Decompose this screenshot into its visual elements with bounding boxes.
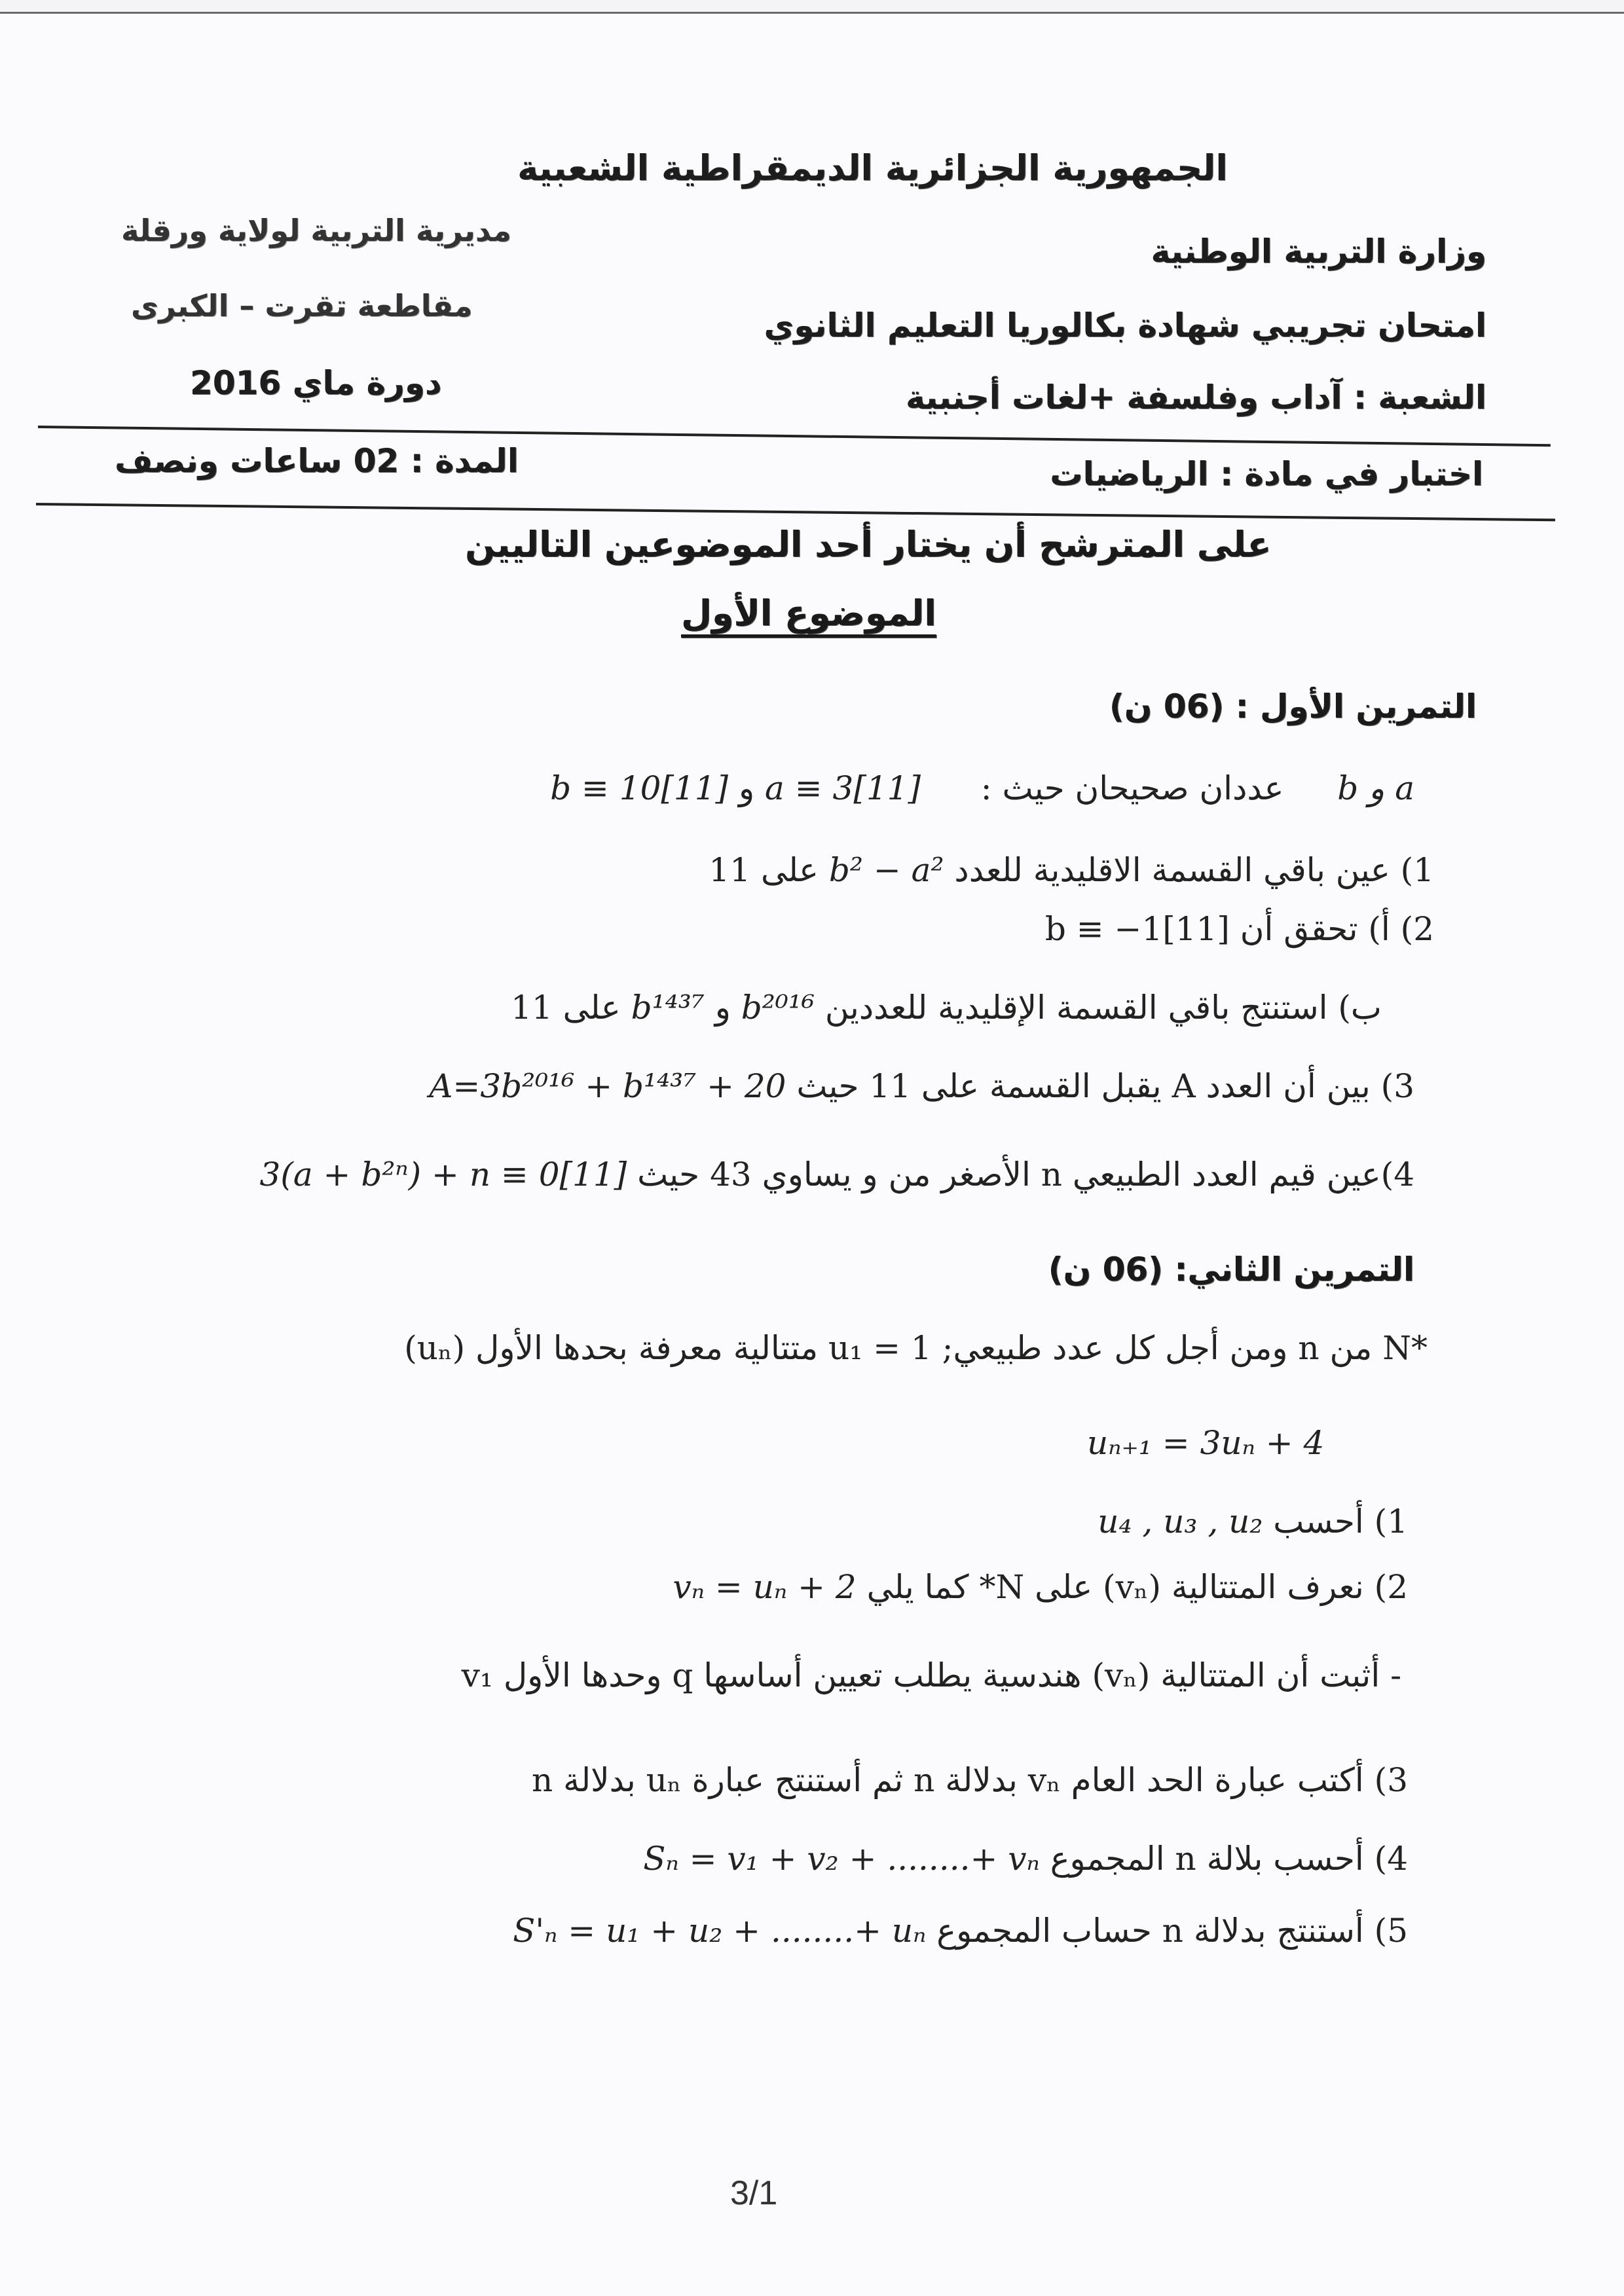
ministry-label: وزارة التربية الوطنية	[1151, 232, 1486, 270]
q4-text: 4)عين قيم العدد الطبيعي n الأصغر من و يس…	[637, 1156, 1414, 1194]
exercise2-q5: 5) أستنتج بدلالة n حساب المجموع S'ₙ = u₁…	[513, 1912, 1408, 1950]
exercise2-q4: 4) أحسب بلالة n المجموع Sₙ = v₁ + v₂ + .…	[643, 1840, 1408, 1878]
intro-text: عددان صحيحان حيث :	[981, 769, 1284, 807]
q2-math: vₙ = uₙ + 2	[673, 1568, 857, 1606]
congruence-a: a ≡ 3[11]	[765, 769, 921, 807]
exercise2-recurrence: uₙ₊₁ = 3uₙ + 4	[1087, 1424, 1324, 1462]
exercise2-q3: 3) أكتب عبارة الحد العام vₙ بدلالة n ثم …	[532, 1761, 1408, 1799]
q1-math: u₄ , u₃ , u₂	[1098, 1503, 1263, 1540]
header-divider-bottom	[36, 503, 1555, 521]
and-word: و	[739, 769, 754, 807]
exercise1-q2b: ب) استنتج باقي القسمة الإقليدية للعددين …	[511, 989, 1382, 1027]
exercise2-intro: (uₙ) متتالية معرفة بحدها الأول u₁ = 1 ;و…	[404, 1329, 1428, 1367]
q2b-and: و	[715, 989, 731, 1027]
q2b-math1: b²⁰¹⁶	[741, 989, 815, 1027]
exercise2-q2: 2) نعرف المتتالية (vₙ) على N* كما يلي vₙ…	[673, 1568, 1408, 1606]
exercise1-q3: 3) بين أن العدد A يقبل القسمة على 11 حيث…	[429, 1067, 1414, 1105]
republic-title: الجمهورية الجزائرية الديمقراطية الشعبية	[517, 147, 1228, 189]
q1-text: 1) أحسب	[1273, 1503, 1408, 1540]
q1-text: 1) عين باقي القسمة الاقليدية للعدد	[954, 851, 1434, 889]
var-list: b و a	[1337, 769, 1414, 807]
q4-math: 3(a + b²ⁿ) + n ≡ 0[11]	[260, 1156, 627, 1194]
q3-text: 3) بين أن العدد A يقبل القسمة على 11 حيث	[796, 1067, 1414, 1105]
page-number: 3/1	[730, 2174, 777, 2213]
topic-title: الموضوع الأول	[681, 592, 936, 634]
exercise2-heading: التمرين الثاني: (06 ن)	[1048, 1250, 1414, 1288]
session-label: دورة ماي 2016	[190, 364, 442, 402]
q2-text: 2) نعرف المتتالية (vₙ) على N* كما يلي	[867, 1568, 1408, 1606]
congruence-b: b ≡ 10[11]	[550, 769, 728, 807]
duration-label: المدة : 02 ساعات ونصف	[115, 442, 519, 480]
q2b-math2: b¹⁴³⁷	[631, 989, 705, 1027]
exercise1-intro: b و a عددان صحيحان حيث : a ≡ 3[11] و b ≡…	[458, 769, 1414, 807]
exercise1-q2a: 2) أ) تحقق أن b ≡ −1[11]	[1045, 910, 1434, 948]
q2a-text: 2) أ) تحقق أن	[1240, 910, 1434, 948]
q2a-math: b ≡ −1[11]	[1045, 910, 1230, 948]
district-label: مقاطعة تقرت – الكبرى	[131, 288, 473, 323]
subject-label: اختبار في مادة : الرياضيات	[1050, 455, 1483, 493]
exercise1-q4: 4)عين قيم العدد الطبيعي n الأصغر من و يس…	[260, 1156, 1414, 1194]
exercise1-heading: التمرين الأول : (06 ن)	[1109, 687, 1477, 725]
q4-math: Sₙ = v₁ + v₂ + ........+ vₙ	[643, 1840, 1040, 1878]
recurrence-math: uₙ₊₁ = 3uₙ + 4	[1087, 1424, 1324, 1462]
q1-math: b² − a²	[829, 851, 944, 889]
q1-end: على 11	[709, 851, 819, 889]
q3-math: A=3b²⁰¹⁶ + b¹⁴³⁷ + 20	[429, 1067, 786, 1105]
exercise2-q1: 1) أحسب u₄ , u₃ , u₂	[1098, 1503, 1408, 1540]
exam-type-label: امتحان تجريبي شهادة بكالوريا التعليم الث…	[764, 306, 1486, 344]
q5-text: 5) أستنتج بدلالة n حساب المجموع	[936, 1912, 1408, 1950]
q4-text: 4) أحسب بلالة n المجموع	[1050, 1840, 1408, 1878]
directorate-label: مديرية التربية لولاية ورقلة	[121, 213, 511, 248]
instructions-text: على المترشح أن يختار أحد الموضوعين التال…	[465, 524, 1271, 565]
exercise1-q1: 1) عين باقي القسمة الاقليدية للعدد b² − …	[709, 851, 1434, 889]
scan-top-border	[0, 0, 1624, 14]
stream-label: الشعبة : آداب وفلسفة +لغات أجنبية	[906, 378, 1486, 416]
exercise2-q2b: - أثبت أن المتتالية (vₙ) هندسية يطلب تعي…	[462, 1656, 1401, 1694]
q2b-end: على 11	[511, 989, 621, 1027]
q5-math: S'ₙ = u₁ + u₂ + ........+ uₙ	[513, 1912, 926, 1950]
q2b-text: ب) استنتج باقي القسمة الإقليدية للعددين	[825, 989, 1382, 1027]
